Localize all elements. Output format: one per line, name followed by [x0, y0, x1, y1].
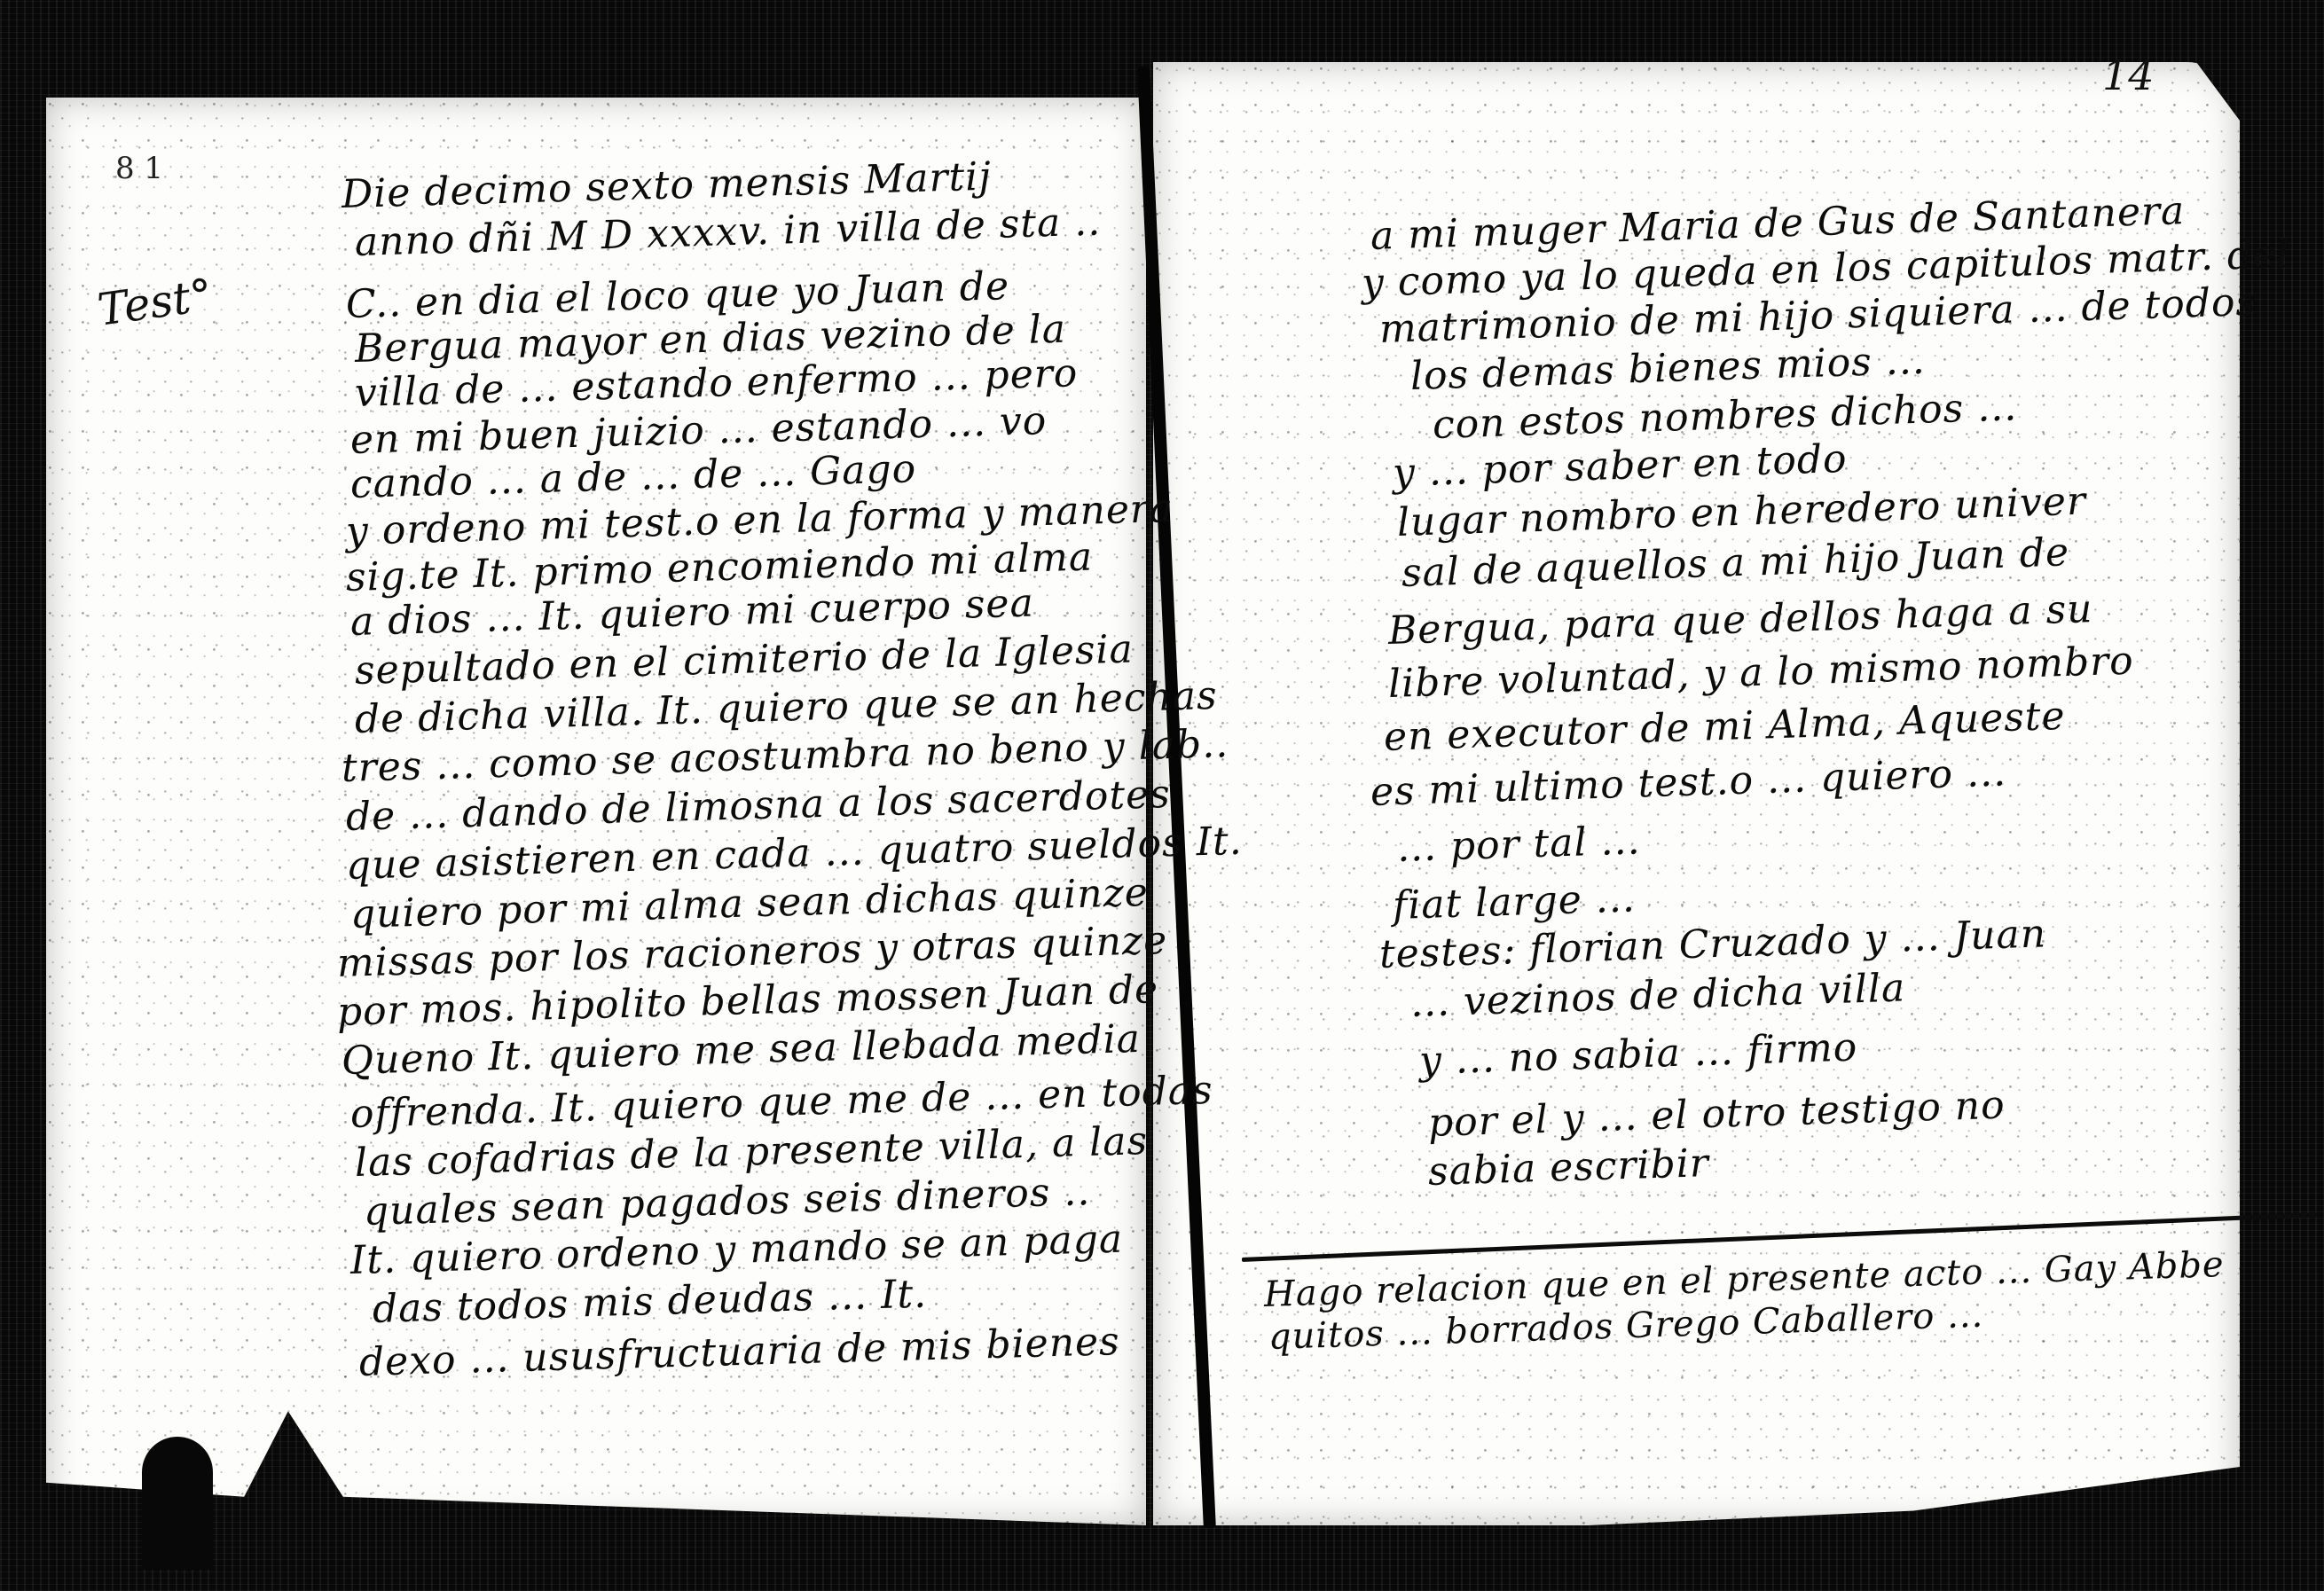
corner-mark: 8 1 — [115, 151, 163, 186]
page-curl-shadow — [142, 1437, 213, 1570]
page-number: 14 — [2102, 51, 2155, 99]
text-line: sabia escribir — [1427, 1144, 1709, 1192]
text-line: fiat large ... — [1392, 879, 1636, 926]
text-line: ... por tal ... — [1396, 821, 1641, 868]
